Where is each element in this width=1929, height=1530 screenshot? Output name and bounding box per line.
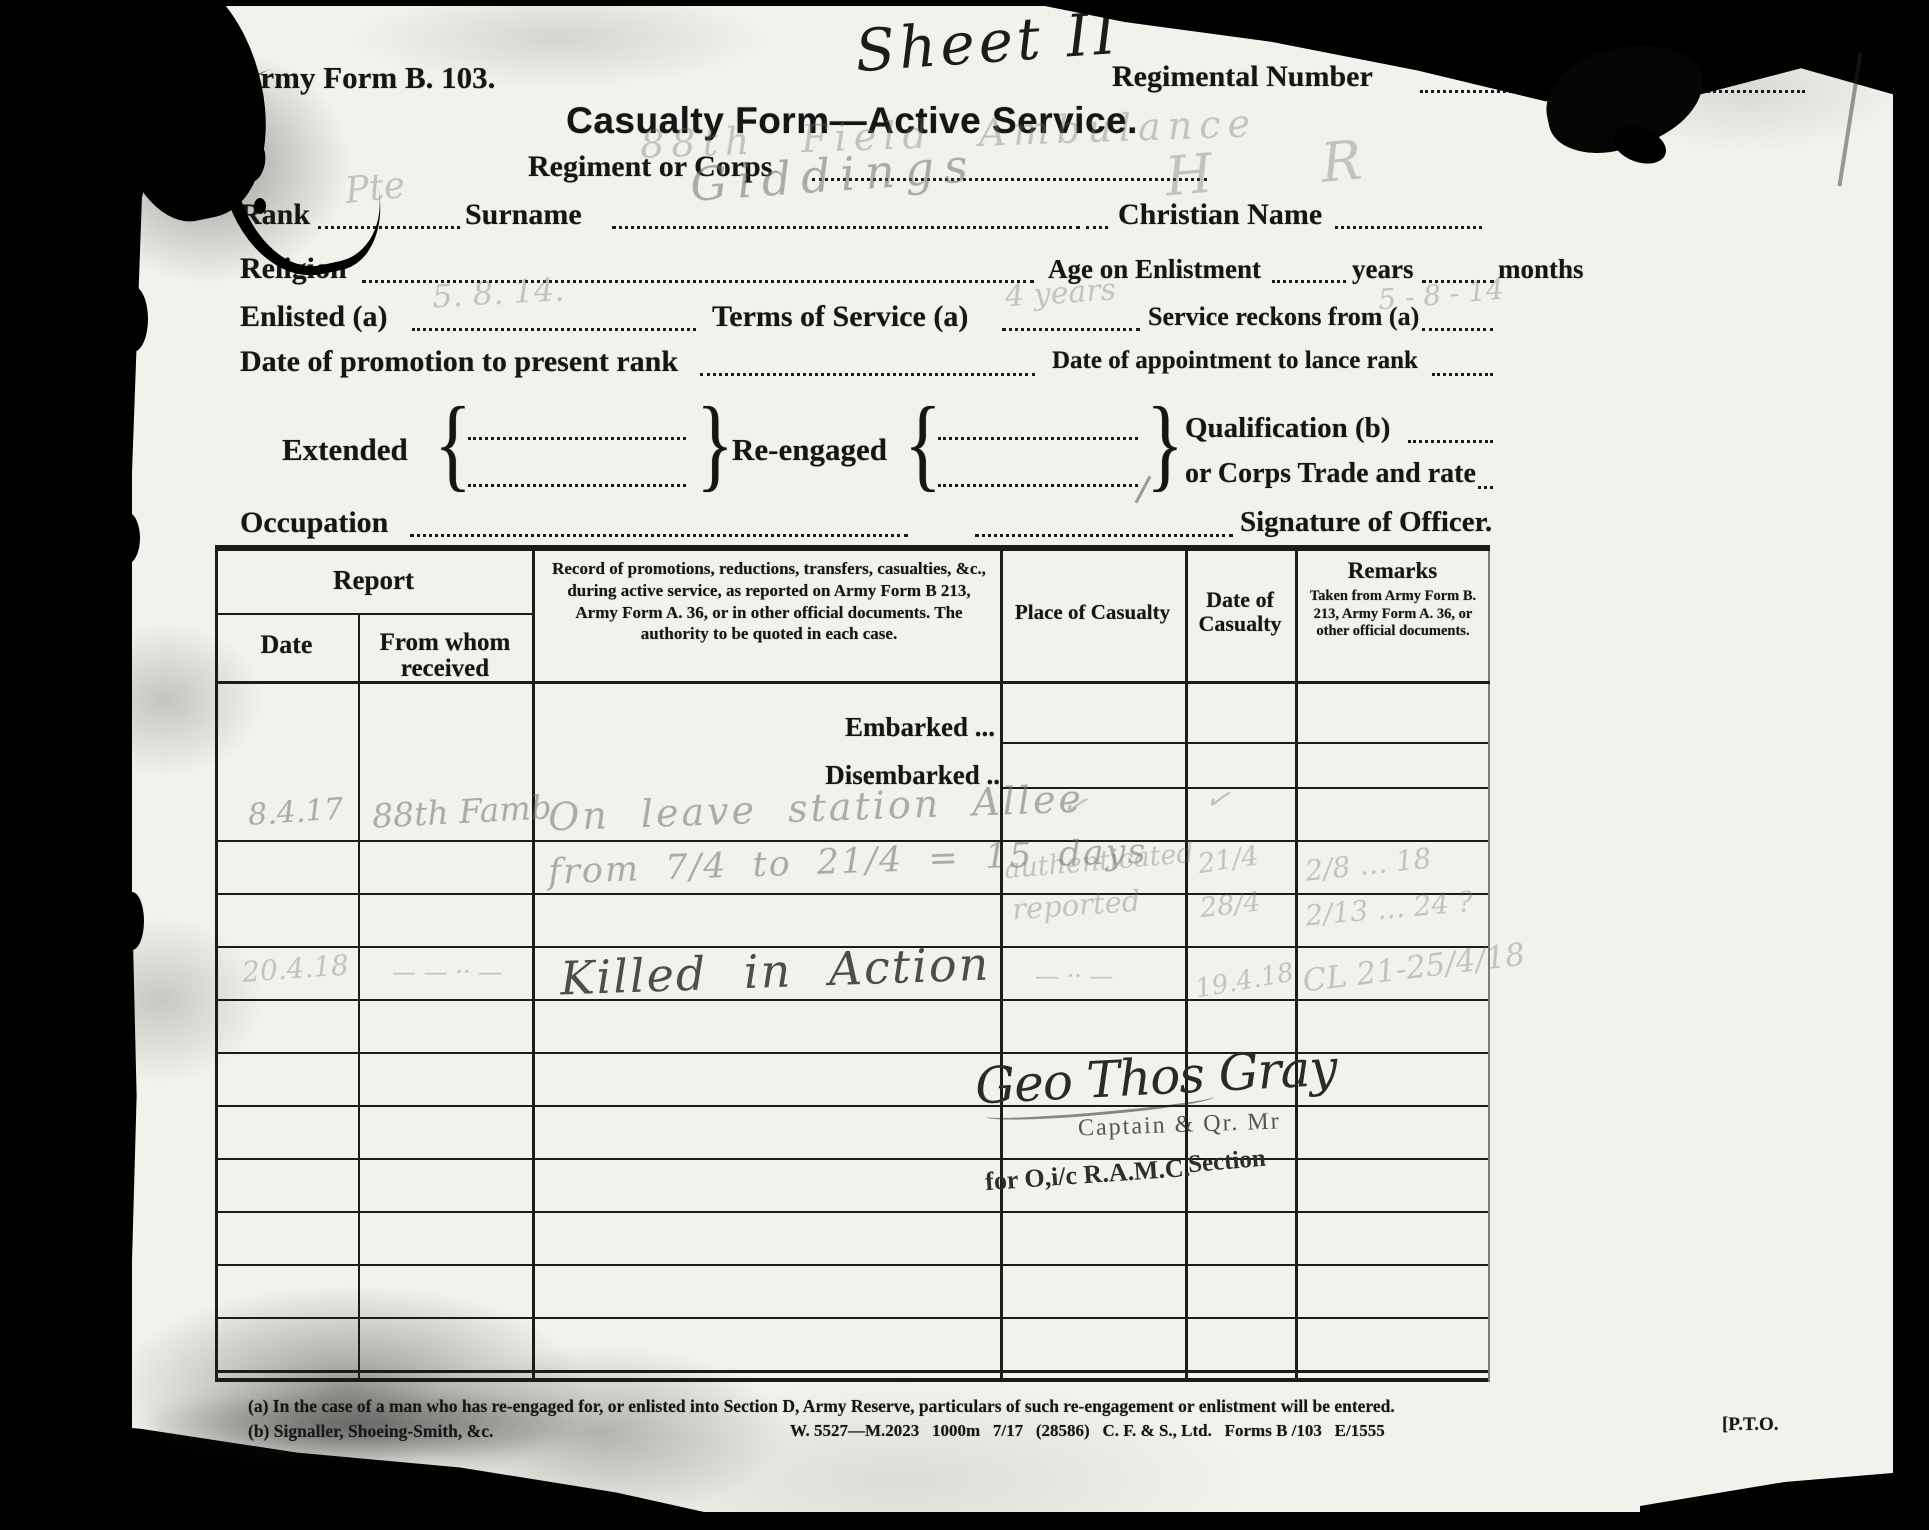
report-column-group-header: Report [215,565,532,596]
promotion-dots [700,373,1035,376]
enlisted-label: Enlisted (a) [240,300,388,334]
re-engaged-brace-open: { [904,392,941,496]
service-reckons-dots [1422,328,1493,331]
remarks-column-subtext: Taken from Army Form B. 213, Army Form A… [1300,588,1486,641]
months-label: months [1498,254,1584,285]
enlisted-dots [412,328,696,331]
qualification-label: Qualification (b) [1185,412,1390,445]
age-dots-1 [1272,280,1346,283]
left-edge-notch-1 [118,286,148,352]
surname-label: Surname [465,198,582,232]
col-sep-report-record [532,548,535,1382]
from-whom-column-header: From whom received [358,630,532,683]
table-row-line [215,1211,1488,1213]
scanned-casualty-form: Army Form B. 103. Sheet II Regimental Nu… [0,0,1929,1530]
table-row-line [215,1158,1488,1160]
scan-edge-right [1893,0,1929,1530]
col-sep-datecas-remarks [1295,548,1298,1382]
signature-of-officer-label: Signature of Officer. [1240,506,1492,539]
table-row-line [215,1264,1488,1266]
entry-row1-date: 8.4.17 [247,792,345,834]
left-edge-notch-2 [114,512,140,564]
re-engaged-label: Re-engaged [732,432,887,468]
col-sep-record-place [1000,548,1003,1382]
entry-kia-from-whom: — — ·· — [392,958,502,986]
entry-row2-datecas-b: 28/4 [1199,887,1263,924]
christian-name-dots [1335,226,1482,229]
table-row-line [215,893,1488,895]
corps-trade-dots [1478,486,1493,489]
re-engaged-dots-2 [938,484,1138,487]
enlisted-handwriting: 5. 8. 14. [431,271,565,316]
date-of-promotion-label: Date of promotion to present rank [240,345,678,379]
re-engaged-brace-close: } [1146,392,1183,496]
ink-speck [254,198,266,214]
occupation-label: Occupation [240,506,388,540]
embarked-row-line [1000,742,1488,744]
date-of-casualty-column-header: Date of Casualty [1187,588,1293,636]
left-edge-notch-3 [120,892,144,950]
entry-kia-place: — ·· — [1035,962,1114,990]
pto-label: [P.T.O. [1722,1414,1778,1436]
re-engaged-dots-1 [938,437,1138,440]
terms-dots [1002,328,1140,331]
table-top-rule [215,545,1490,551]
table-border-left [215,548,218,1382]
extended-brace-close: } [696,392,733,496]
terms-of-service-label: Terms of Service (a) [712,300,968,334]
table-row-line [215,1105,1488,1107]
qualification-dots [1408,440,1493,443]
col-sep-date-fromwhom [358,613,360,1382]
remarks-column-title: Remarks [1297,558,1488,584]
record-column-header: Record of promotions, reductions, transf… [548,558,990,645]
occupation-dots-1 [410,534,908,537]
extended-dots-1 [468,437,686,440]
col-sep-place-datecas [1185,548,1188,1382]
table-row-line [215,999,1488,1001]
date-column-header: Date [215,630,358,660]
table-row-line [215,1317,1488,1319]
printer-imprint: W. 5527—M.2023 1000m 7/17 (28586) C. F. … [790,1421,1385,1441]
surname-dots [612,226,1080,229]
date-of-appointment-label: Date of appointment to lance rank [1052,347,1418,375]
embarked-label: Embarked ... [700,712,995,743]
report-underline [215,613,532,615]
extended-label: Extended [282,432,408,468]
corps-trade-label: or Corps Trade and rate [1185,458,1476,490]
regimental-number-label: Regimental Number [1112,60,1373,94]
appointment-dots [1432,373,1493,376]
bottom-left-mottle [150,1372,670,1462]
occupation-dots-2 [975,534,1233,537]
extended-dots-2 [468,484,686,487]
scan-edge-left [0,0,132,1530]
christian-name-predots [1086,226,1108,229]
place-of-casualty-column-header: Place of Casualty [1002,600,1183,625]
extended-brace-open: { [434,392,471,496]
